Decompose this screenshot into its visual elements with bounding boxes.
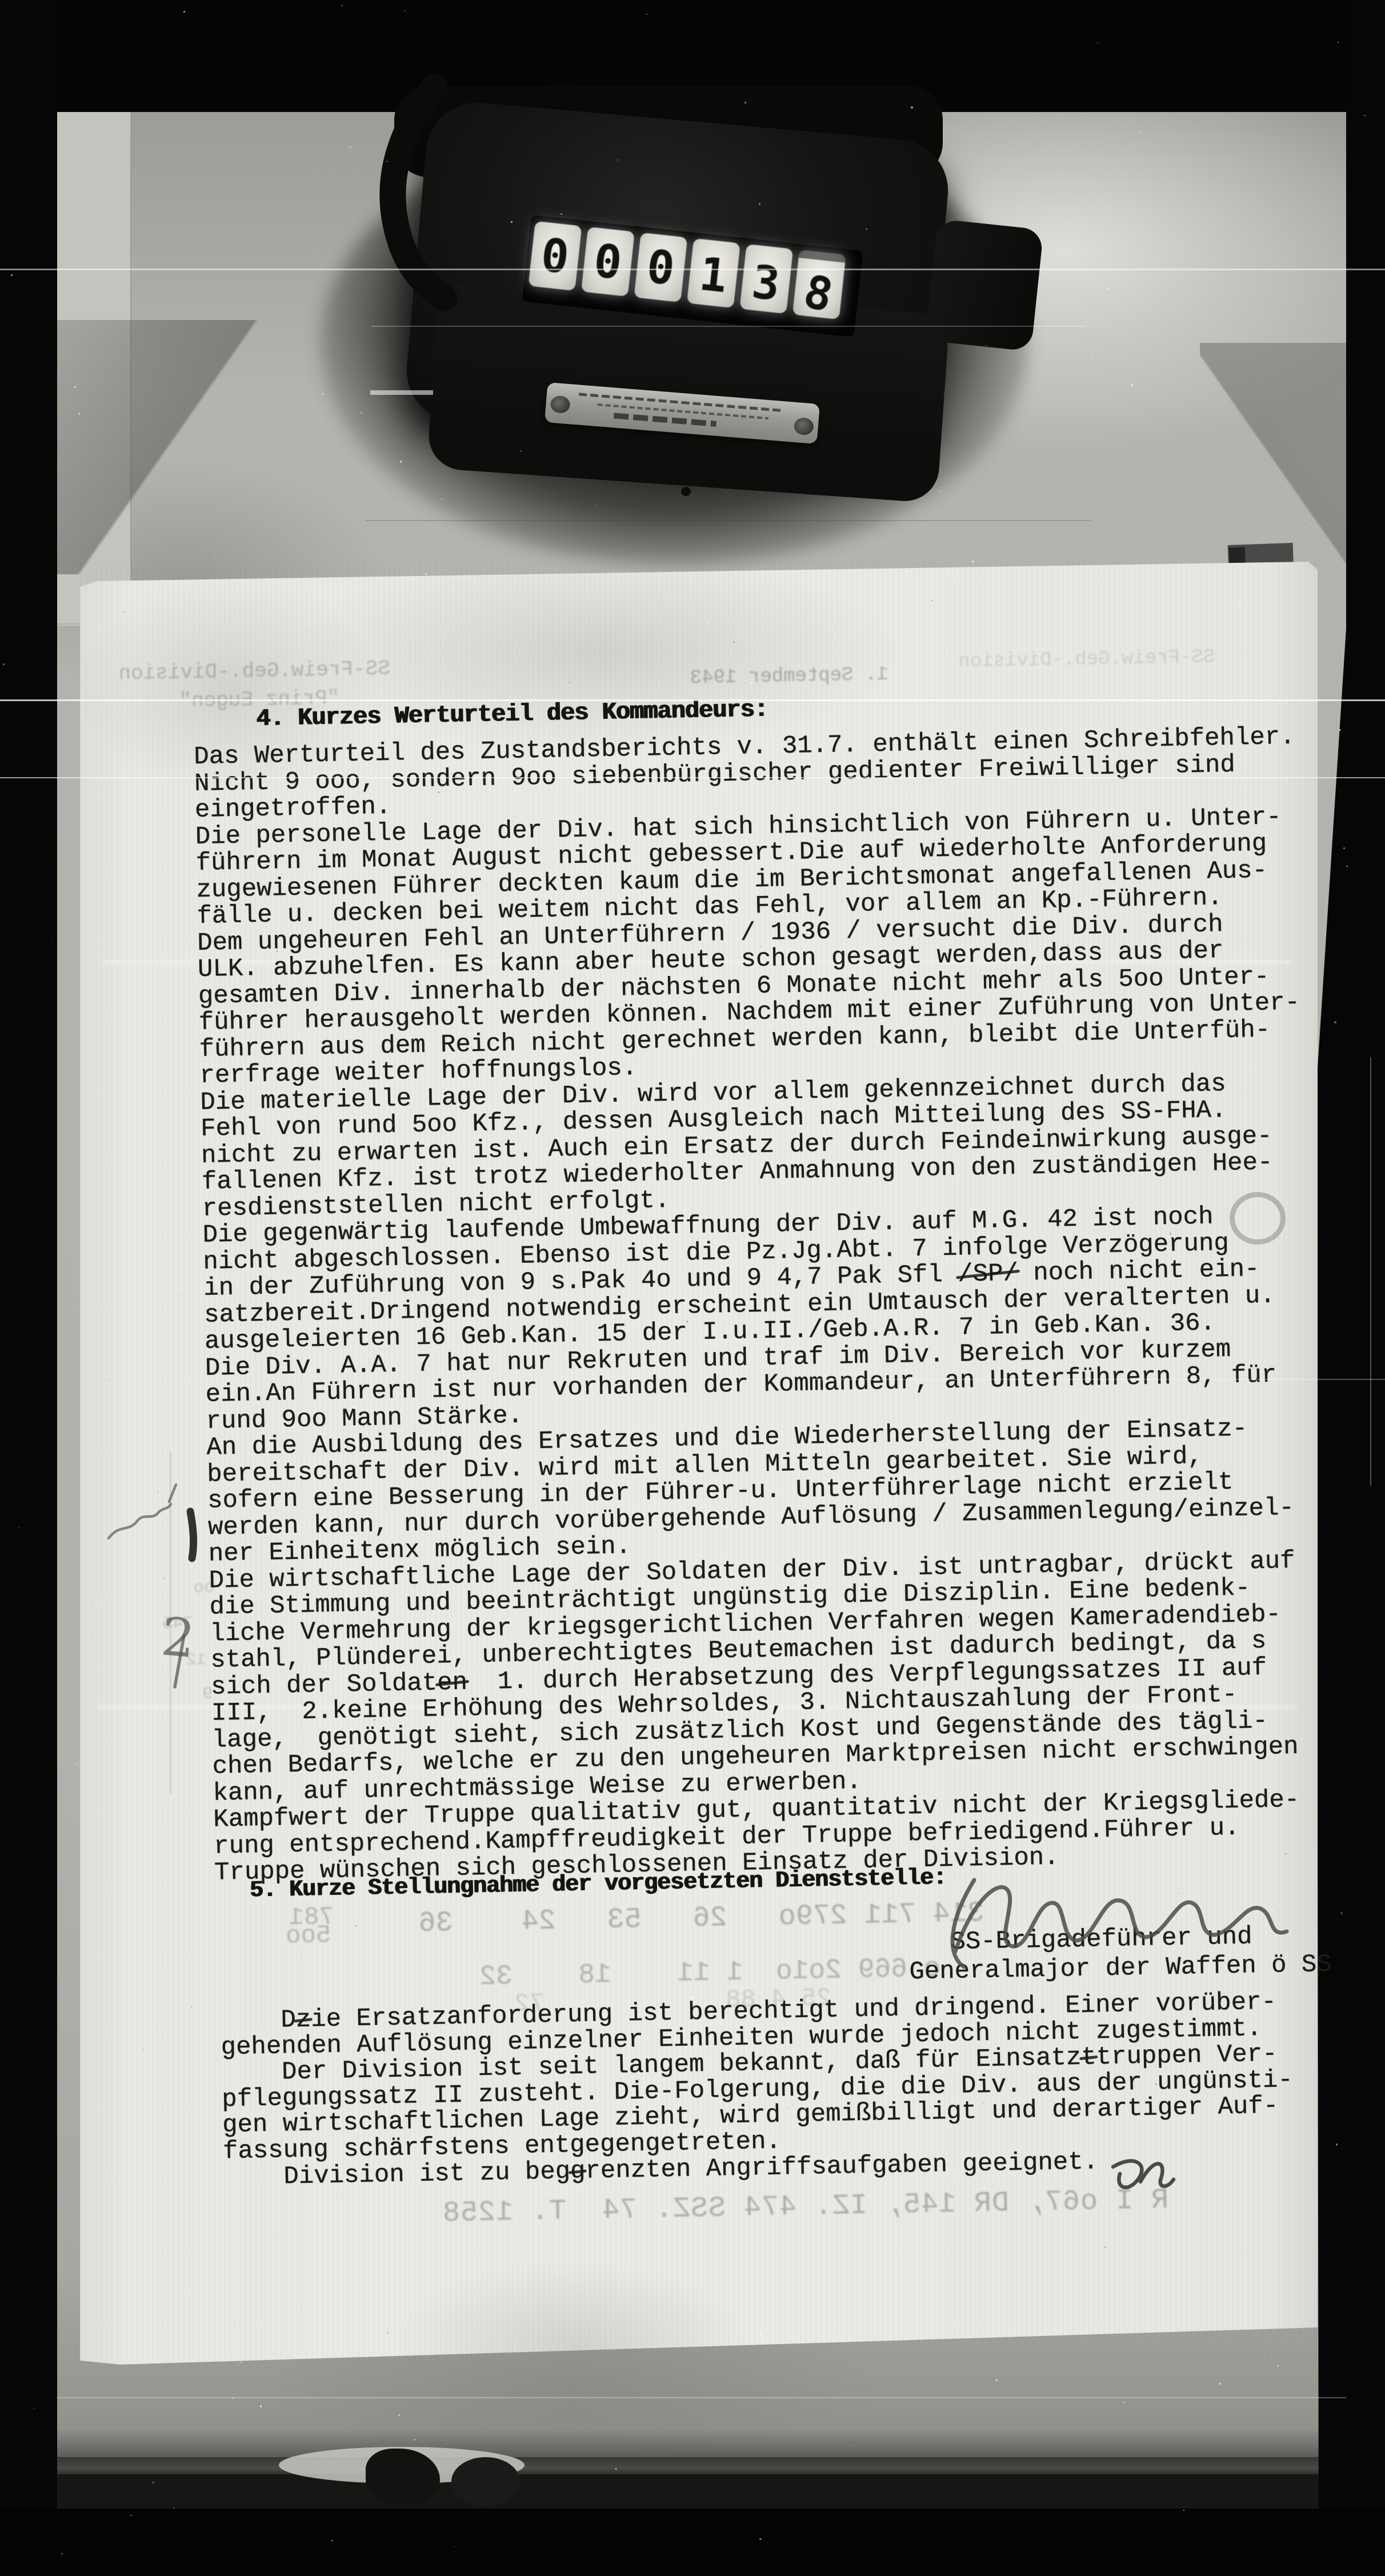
dust-speck bbox=[360, 411, 362, 414]
dust-speck bbox=[405, 10, 405, 11]
film-scratch bbox=[0, 269, 1385, 270]
dust-speck bbox=[822, 1158, 824, 1160]
dust-speck bbox=[1016, 1674, 1019, 1676]
dust-speck bbox=[152, 2482, 154, 2483]
dust-speck bbox=[113, 67, 114, 67]
dust-speck bbox=[1350, 1654, 1351, 1655]
paper-speck bbox=[558, 1303, 559, 1305]
dust-speck bbox=[183, 725, 185, 726]
paper-speck bbox=[494, 2016, 494, 2017]
dust-speck bbox=[677, 1588, 679, 1590]
dust-speck bbox=[845, 847, 846, 848]
dust-speck bbox=[635, 877, 637, 879]
dust-speck bbox=[331, 2540, 333, 2542]
paper-speck bbox=[685, 958, 686, 959]
film-scratch bbox=[0, 777, 1385, 778]
dust-speck bbox=[1123, 2402, 1125, 2403]
dust-speck bbox=[600, 2570, 601, 2571]
dust-speck bbox=[1346, 866, 1347, 867]
dust-speck bbox=[1219, 1290, 1221, 1291]
dust-speck bbox=[1218, 1241, 1220, 1243]
paper-speck bbox=[682, 2136, 683, 2138]
dust-speck bbox=[830, 2111, 832, 2113]
dust-speck bbox=[706, 623, 708, 625]
dust-speck bbox=[171, 1531, 171, 1531]
dust-speck bbox=[130, 2515, 131, 2516]
dust-speck bbox=[920, 686, 922, 687]
paper-speck bbox=[895, 2058, 896, 2059]
paper-speck bbox=[1285, 1853, 1287, 1855]
dust-speck bbox=[237, 1785, 238, 1787]
dust-speck bbox=[760, 2334, 761, 2335]
paper-speck bbox=[580, 1347, 581, 1348]
dust-speck bbox=[986, 345, 987, 346]
paper-speck bbox=[646, 2119, 647, 2120]
dust-speck bbox=[899, 2249, 901, 2251]
dust-speck bbox=[655, 246, 656, 247]
dust-speck bbox=[1292, 621, 1293, 622]
dust-speck bbox=[972, 561, 974, 563]
dust-speck bbox=[838, 1803, 840, 1805]
paper-speck bbox=[191, 2006, 192, 2007]
dust-speck bbox=[1037, 541, 1038, 542]
dust-speck bbox=[286, 1423, 287, 1424]
paper-speck bbox=[178, 1295, 179, 1296]
dust-speck bbox=[189, 2290, 190, 2291]
dust-speck bbox=[975, 1001, 978, 1003]
dust-speck bbox=[600, 2186, 601, 2187]
dust-speck bbox=[832, 1901, 834, 1903]
dust-speck bbox=[934, 1538, 935, 1540]
film-scratch bbox=[57, 2397, 1346, 2398]
dust-speck bbox=[1179, 571, 1182, 573]
paper-speck bbox=[1067, 945, 1068, 946]
dust-speck bbox=[911, 106, 913, 109]
dust-speck bbox=[78, 413, 81, 415]
paper-speck bbox=[820, 1275, 820, 1275]
dust-speck bbox=[876, 1041, 878, 1043]
dust-speck bbox=[230, 2210, 231, 2212]
dust-speck bbox=[245, 1670, 246, 1671]
dust-speck bbox=[1078, 1913, 1079, 1915]
dust-speck bbox=[534, 517, 535, 518]
paper-speck bbox=[321, 1946, 322, 1947]
dust-speck bbox=[1239, 601, 1241, 603]
paper-speck bbox=[686, 1321, 688, 1322]
dust-speck bbox=[388, 1829, 389, 1830]
paper-speck bbox=[157, 2027, 158, 2028]
paper-speck bbox=[143, 2049, 144, 2050]
dust-speck bbox=[1338, 830, 1339, 831]
dust-speck bbox=[1183, 2510, 1184, 2511]
dust-speck bbox=[1097, 42, 1098, 43]
dust-speck bbox=[250, 2160, 251, 2161]
dust-speck bbox=[458, 582, 459, 583]
dust-speck bbox=[284, 1190, 286, 1192]
dust-speck bbox=[805, 1775, 807, 1778]
dust-speck bbox=[1059, 2322, 1060, 2323]
dust-speck bbox=[462, 1370, 464, 1372]
dust-speck bbox=[62, 1483, 63, 1483]
paper-speck bbox=[375, 1223, 377, 1225]
dust-speck bbox=[750, 682, 752, 684]
dust-speck bbox=[759, 2538, 761, 2540]
dust-speck bbox=[129, 1807, 130, 1809]
paper-speck bbox=[968, 1617, 969, 1618]
dust-speck bbox=[1340, 706, 1341, 707]
dust-speck bbox=[615, 2468, 617, 2470]
dust-speck bbox=[1277, 2365, 1279, 2367]
dust-speck bbox=[882, 1020, 884, 1022]
film-scratch bbox=[371, 326, 1086, 327]
paper-speck bbox=[413, 1773, 414, 1773]
dust-speck bbox=[1255, 1203, 1256, 1204]
dust-speck bbox=[98, 625, 100, 626]
dust-speck bbox=[369, 467, 370, 469]
scanned-microfilm-frame: { "counter": { "value": "000138", "digit… bbox=[0, 0, 1385, 2576]
paper-speck bbox=[1004, 583, 1005, 584]
paper-speck bbox=[277, 950, 278, 952]
dust-speck bbox=[503, 2121, 505, 2122]
dust-speck bbox=[396, 2008, 397, 2009]
paper-speck bbox=[1104, 2246, 1106, 2248]
paper-speck bbox=[1086, 2135, 1087, 2136]
paper-speck bbox=[1010, 1166, 1011, 1167]
dust-speck bbox=[724, 1440, 726, 1442]
dust-speck bbox=[386, 161, 388, 163]
dust-speck bbox=[353, 784, 355, 786]
dust-speck bbox=[1095, 2124, 1097, 2126]
dust-speck bbox=[425, 573, 427, 575]
dust-speck bbox=[751, 1680, 752, 1681]
dust-speck bbox=[511, 1467, 513, 1469]
dust-speck bbox=[989, 1005, 990, 1006]
dust-speck bbox=[977, 1254, 978, 1254]
paper-speck bbox=[157, 1491, 158, 1493]
dust-speck bbox=[173, 2507, 174, 2509]
dust-speck bbox=[1131, 384, 1133, 386]
paper-speck bbox=[116, 2180, 117, 2181]
dust-speck bbox=[424, 1310, 425, 1311]
dust-speck bbox=[90, 1936, 91, 1937]
paper-speck bbox=[796, 962, 797, 963]
dust-speck bbox=[1094, 806, 1095, 807]
dust-speck bbox=[349, 146, 351, 149]
dust-speck bbox=[865, 1086, 867, 1089]
dust-speck bbox=[1343, 847, 1345, 849]
dust-speck bbox=[214, 555, 216, 557]
dust-speck bbox=[1146, 782, 1147, 782]
dust-speck bbox=[1112, 2078, 1113, 2079]
dust-speck bbox=[282, 1402, 285, 1405]
paper-speck bbox=[1246, 1613, 1247, 1615]
dust-speck bbox=[1336, 549, 1337, 550]
dust-speck bbox=[139, 540, 140, 541]
paper-speck bbox=[1060, 839, 1062, 841]
paper-speck bbox=[844, 1562, 845, 1563]
dust-speck bbox=[920, 1152, 922, 1153]
dust-speck bbox=[613, 1645, 614, 1645]
paper-speck bbox=[300, 2310, 301, 2310]
dust-speck bbox=[222, 2205, 223, 2206]
dust-speck bbox=[669, 1432, 670, 1433]
film-scratch bbox=[811, 1379, 1385, 1380]
paper-speck bbox=[387, 2331, 389, 2333]
paper-speck bbox=[940, 1713, 942, 1714]
dust-speck bbox=[646, 14, 647, 15]
dust-speck bbox=[424, 2169, 426, 2171]
paper-speck bbox=[124, 611, 126, 613]
paper-speck bbox=[315, 1191, 317, 1193]
dust-speck bbox=[305, 2038, 307, 2040]
paper-speck bbox=[299, 1153, 301, 1155]
dust-speck bbox=[218, 886, 221, 888]
paper-speck bbox=[275, 2234, 277, 2236]
dust-speck bbox=[520, 450, 522, 452]
paper-speck bbox=[1178, 1893, 1179, 1894]
dust-speck bbox=[967, 997, 969, 999]
dust-speck bbox=[525, 1054, 526, 1055]
dust-speck bbox=[94, 1633, 95, 1634]
dust-speck bbox=[511, 221, 513, 223]
dust-speck bbox=[386, 1397, 387, 1398]
dust-speck bbox=[706, 1905, 708, 1907]
dust-speck bbox=[82, 676, 83, 677]
film-scratch bbox=[370, 390, 433, 395]
dust-speck bbox=[183, 11, 185, 13]
dust-speck bbox=[698, 1932, 698, 1933]
dust-speck bbox=[814, 2165, 814, 2166]
dust-speck bbox=[1271, 2358, 1272, 2359]
dust-speck bbox=[941, 2086, 942, 2086]
dust-speck bbox=[1235, 1489, 1236, 1490]
paper-speck bbox=[787, 2107, 789, 2109]
dust-speck bbox=[134, 956, 135, 958]
paper-speck bbox=[374, 1719, 375, 1721]
paper-speck bbox=[208, 1447, 210, 1449]
dust-speck bbox=[1218, 1827, 1220, 1830]
dust-speck bbox=[114, 1246, 115, 1246]
dust-speck bbox=[255, 1497, 257, 1498]
paper-speck bbox=[438, 791, 439, 793]
dust-speck bbox=[613, 1315, 614, 1316]
dust-speck bbox=[710, 907, 711, 907]
dust-speck bbox=[381, 1818, 382, 1819]
paper-speck bbox=[954, 1105, 955, 1106]
paper-speck bbox=[916, 1029, 917, 1030]
paper-speck bbox=[1271, 2071, 1272, 2073]
dust-speck bbox=[398, 2414, 401, 2417]
dust-speck bbox=[935, 913, 935, 913]
dust-speck bbox=[916, 1252, 917, 1253]
paper-speck bbox=[355, 1925, 357, 1927]
paper-speck bbox=[1130, 1970, 1131, 1971]
dust-speck bbox=[617, 159, 618, 161]
dust-speck bbox=[308, 624, 309, 625]
dust-speck bbox=[284, 2140, 285, 2141]
dust-speck bbox=[1138, 131, 1140, 133]
dust-speck bbox=[211, 1789, 212, 1790]
dust-speck bbox=[995, 2379, 998, 2382]
paper-speck bbox=[107, 1812, 108, 1813]
dust-speck bbox=[490, 1714, 493, 1716]
dust-speck bbox=[640, 975, 642, 977]
dust-speck bbox=[745, 874, 746, 875]
dust-speck bbox=[744, 102, 746, 103]
dust-speck bbox=[787, 1342, 788, 1343]
dust-speck bbox=[1091, 355, 1092, 357]
dust-speck bbox=[240, 2361, 242, 2363]
paper-speck bbox=[765, 1063, 766, 1065]
dust-speck bbox=[968, 837, 971, 839]
dust-speck bbox=[1334, 1021, 1336, 1023]
film-scratch bbox=[0, 699, 1385, 701]
dust-speck bbox=[76, 1763, 78, 1765]
dust-speck bbox=[759, 203, 760, 205]
dust-speck bbox=[619, 2088, 621, 2090]
dust-speck bbox=[279, 946, 281, 947]
dust-speck bbox=[842, 1909, 843, 1910]
dust-speck bbox=[1248, 1071, 1250, 1073]
dust-speck bbox=[594, 971, 594, 972]
dust-speck bbox=[532, 1038, 533, 1039]
dust-speck bbox=[952, 1958, 953, 1959]
dust-speck bbox=[611, 2114, 612, 2115]
dust-speck bbox=[213, 1664, 214, 1665]
dust-speck bbox=[1310, 523, 1311, 525]
dust-speck bbox=[1067, 1930, 1069, 1932]
paper-speck bbox=[982, 2102, 983, 2103]
dust-speck bbox=[848, 675, 850, 676]
dust-speck bbox=[355, 1439, 357, 1441]
dust-speck bbox=[810, 1637, 811, 1638]
paper-speck bbox=[515, 816, 516, 817]
dust-speck bbox=[1078, 1042, 1079, 1042]
dust-speck bbox=[353, 1407, 355, 1409]
dust-speck bbox=[561, 213, 562, 214]
dust-speck bbox=[1340, 1912, 1343, 1914]
paper-speck bbox=[109, 1379, 110, 1380]
dust-speck bbox=[467, 1776, 469, 1778]
dust-speck bbox=[61, 2553, 62, 2554]
dust-speck bbox=[221, 1085, 222, 1086]
dust-speck bbox=[94, 1049, 95, 1050]
dust-speck bbox=[260, 2405, 262, 2407]
dust-speck bbox=[596, 505, 597, 506]
paper-speck bbox=[309, 1158, 311, 1159]
dust-speck bbox=[692, 1997, 694, 1998]
dust-speck bbox=[95, 1604, 97, 1605]
dust-speck bbox=[955, 886, 956, 888]
dust-speck bbox=[341, 5, 343, 6]
dust-speck bbox=[71, 1530, 72, 1531]
dust-speck bbox=[1219, 2383, 1221, 2385]
dust-speck bbox=[760, 2557, 761, 2558]
paper-speck bbox=[1170, 1233, 1171, 1234]
dust-speck bbox=[1093, 1693, 1095, 1694]
dust-speck bbox=[457, 1239, 458, 1241]
dust-speck bbox=[409, 1390, 409, 1391]
dust-speck bbox=[542, 1751, 543, 1752]
dust-speck bbox=[1028, 2188, 1029, 2189]
paper-speck bbox=[638, 2079, 639, 2080]
dust-speck bbox=[993, 365, 994, 366]
dust-speck bbox=[1252, 1245, 1254, 1246]
paper-speck bbox=[1052, 1225, 1054, 1226]
dust-speck bbox=[1338, 42, 1339, 43]
dust-speck bbox=[3, 663, 5, 665]
dust-speck bbox=[1315, 1563, 1316, 1564]
paper-speck bbox=[274, 1733, 275, 1734]
dust-speck bbox=[230, 1403, 232, 1405]
dust-speck bbox=[400, 461, 402, 462]
dust-speck bbox=[852, 2445, 854, 2446]
dust-speck bbox=[1364, 115, 1366, 117]
dust-speck bbox=[939, 490, 940, 492]
dust-speck bbox=[679, 1819, 680, 1820]
dust-speck bbox=[538, 2178, 540, 2180]
dust-speck bbox=[816, 883, 819, 886]
dust-speck bbox=[1099, 2178, 1100, 2179]
dust-speck bbox=[723, 575, 724, 576]
dust-speck bbox=[441, 498, 442, 499]
dust-speck bbox=[358, 1188, 359, 1189]
dust-speck bbox=[1208, 2294, 1209, 2294]
dust-speck bbox=[379, 1355, 382, 1357]
dust-speck bbox=[915, 1476, 916, 1477]
dust-speck bbox=[1290, 2051, 1291, 2052]
paper-speck bbox=[792, 2105, 793, 2106]
paper-speck bbox=[521, 942, 522, 943]
dust-speck bbox=[232, 2397, 234, 2399]
dust-speck bbox=[1107, 288, 1109, 290]
dust-speck bbox=[1186, 807, 1187, 809]
dust-speck bbox=[618, 1917, 619, 1919]
dust-speck bbox=[1111, 1186, 1112, 1187]
film-scratch bbox=[1370, 1057, 1371, 1486]
dust-speck bbox=[1062, 1677, 1064, 1678]
paper-speck bbox=[931, 600, 932, 601]
dust-speck bbox=[454, 2546, 456, 2548]
dust-speck bbox=[1343, 191, 1344, 193]
dust-speck bbox=[11, 274, 13, 276]
dust-speck bbox=[261, 1463, 262, 1465]
dust-speck bbox=[18, 1527, 19, 1528]
paper-speck bbox=[733, 641, 735, 643]
dust-speck bbox=[1095, 241, 1096, 242]
dust-speck bbox=[52, 938, 53, 939]
dust-speck bbox=[976, 1859, 976, 1859]
dust-speck bbox=[577, 2289, 578, 2290]
dust-speck bbox=[1279, 702, 1280, 703]
dust-speck bbox=[414, 2439, 415, 2441]
paper-speck bbox=[1155, 2083, 1157, 2085]
dust-speck bbox=[1336, 2143, 1338, 2146]
dust-speck bbox=[866, 229, 867, 230]
dust-speck bbox=[617, 683, 618, 684]
crease-line bbox=[366, 520, 1091, 521]
dust-speck bbox=[309, 1460, 310, 1461]
paper-speck bbox=[811, 1582, 812, 1583]
dust-speck bbox=[943, 393, 946, 395]
dust-speck bbox=[81, 787, 81, 788]
dust-speck bbox=[670, 1029, 671, 1030]
dust-speck bbox=[1272, 1909, 1274, 1911]
paper-speck bbox=[578, 996, 579, 997]
paper-speck bbox=[569, 682, 570, 683]
paper-speck bbox=[810, 1735, 811, 1737]
dust-speck bbox=[322, 393, 324, 395]
